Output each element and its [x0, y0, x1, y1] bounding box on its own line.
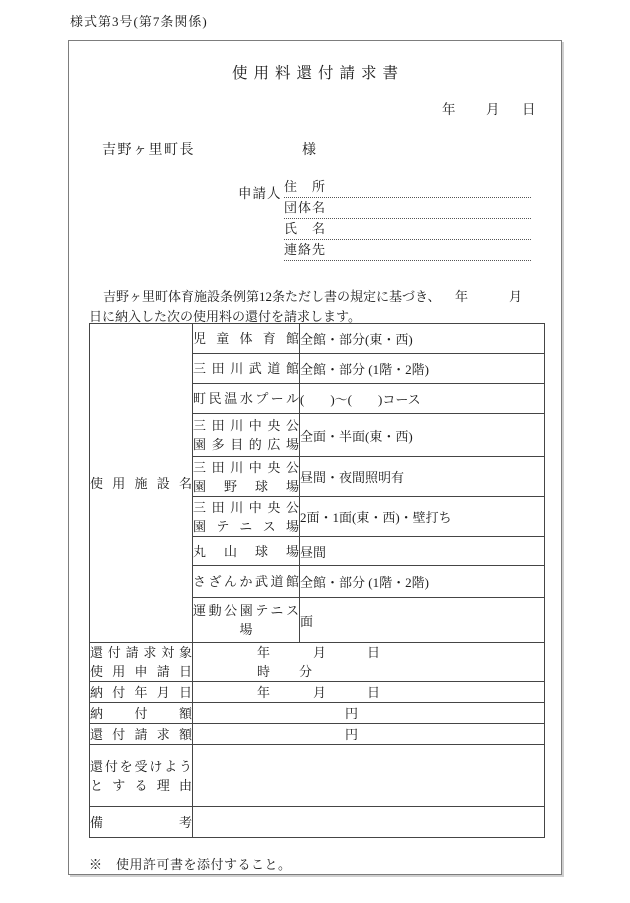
- detail-label-line: 納付額: [90, 704, 192, 723]
- header-date-line: 年 月 日: [69, 98, 561, 116]
- detail-value-cell: [193, 807, 545, 838]
- applicant-field-label: 団体名: [284, 200, 326, 215]
- facility-name-line: 園野球場: [193, 477, 299, 496]
- applicant-field-contact: 連絡先: [284, 240, 531, 261]
- facility-name-line: 園テニス場: [193, 517, 299, 536]
- time-token: 分: [299, 662, 312, 681]
- facility-name-cell: 三田川中央公園野球場: [193, 457, 300, 497]
- facility-options-cell: 全館・部分 (1階・2階): [300, 354, 545, 384]
- facility-name-line: さざんか武道館: [193, 572, 299, 591]
- applicant-field-organization: 団体名: [284, 198, 531, 219]
- detail-row: 還付請求対象使用申請日年月日時分: [90, 643, 545, 682]
- body-year-label: 年: [455, 287, 468, 307]
- header-month-label: 月: [486, 98, 500, 118]
- time-value-line: 時分: [193, 662, 544, 681]
- facility-options-cell: 2面・1面(東・西)・壁打ち: [300, 497, 545, 537]
- detail-row: 備考: [90, 807, 545, 838]
- facility-header-label: 使用施設名: [90, 474, 192, 493]
- applicant-label: 申請人: [238, 182, 282, 202]
- facility-options-cell: 全館・部分 (1階・2階): [300, 566, 545, 598]
- refund-request-form-page: 様式第3号(第7条関係) 使用料還付請求書 年 月 日 吉野ヶ里町長 様 申請人…: [0, 0, 630, 903]
- addressee-honorific: 様: [302, 139, 318, 159]
- applicant-field-name: 氏 名: [284, 219, 531, 240]
- date-value-line: 年月日: [193, 643, 544, 662]
- facility-name-line: 児童体育館: [193, 329, 299, 348]
- detail-label-line: 納付年月日: [90, 683, 192, 702]
- detail-label-line: 使用申請日: [90, 662, 192, 681]
- detail-value-cell: 年月日時分: [193, 643, 545, 682]
- facility-name-line: 三田川中央公: [193, 416, 299, 435]
- facility-name-line: 町民温水プール: [193, 389, 299, 408]
- applicant-field-label: 連絡先: [284, 242, 326, 257]
- facility-name-line: 場: [193, 620, 299, 639]
- detail-value-cell: [193, 745, 545, 807]
- detail-label-cell: 還付請求対象使用申請日: [90, 643, 193, 682]
- detail-label-line: 還付請求対象: [90, 643, 192, 662]
- header-year-label: 年: [442, 98, 456, 118]
- facility-name-cell: さざんか武道館: [193, 566, 300, 598]
- facility-header-cell: 使用施設名: [90, 324, 193, 643]
- addressee-line: 吉野ヶ里町長 様: [102, 139, 402, 157]
- body-line1-text: 吉野ヶ里町体育施設条例第12条ただし書の規定に基づき、: [103, 289, 440, 304]
- date-token: 月: [313, 683, 326, 702]
- detail-label-line: とする理由: [90, 776, 192, 795]
- detail-label-cell: 還付を受けようとする理由: [90, 745, 193, 807]
- facility-name-line: 三田川中央公: [193, 458, 299, 477]
- facility-name-line: 三田川武道館: [193, 359, 299, 378]
- facility-options-cell: 昼間: [300, 537, 545, 566]
- applicant-field-label: 住 所: [284, 179, 326, 194]
- form-table-body: 使用施設名児童体育館全館・部分(東・西)三田川武道館全館・部分 (1階・2階)町…: [90, 324, 545, 838]
- detail-label-cell: 還付請求額: [90, 724, 193, 745]
- detail-value-cell: 円: [193, 703, 545, 724]
- detail-row: 還付請求額円: [90, 724, 545, 745]
- footer-note: ※ 使用許可書を添付すること。: [89, 854, 292, 873]
- body-paragraph: 吉野ヶ里町体育施設条例第12条ただし書の規定に基づき、 年 月 日に納入した次の…: [89, 287, 567, 327]
- yen-token: 円: [345, 725, 358, 744]
- facility-name-line: 園多目的広場: [193, 435, 299, 454]
- detail-label-cell: 納付額: [90, 703, 193, 724]
- applicant-fields: 住 所 団体名 氏 名 連絡先: [284, 177, 531, 261]
- date-token: 年: [257, 643, 270, 662]
- detail-value-cell: 円: [193, 724, 545, 745]
- addressee-name: 吉野ヶ里町長: [102, 143, 195, 158]
- date-token: 月: [313, 643, 326, 662]
- facility-name-cell: 三田川中央公園多目的広場: [193, 414, 300, 457]
- facility-row: 使用施設名児童体育館全館・部分(東・西): [90, 324, 545, 354]
- facility-options-cell: ( )～( )コース: [300, 384, 545, 414]
- facility-name-cell: 丸山球場: [193, 537, 300, 566]
- detail-label-cell: 納付年月日: [90, 682, 193, 703]
- detail-row: 納付年月日年月日: [90, 682, 545, 703]
- form-table: 使用施設名児童体育館全館・部分(東・西)三田川武道館全館・部分 (1階・2階)町…: [89, 323, 545, 838]
- detail-row: 還付を受けようとする理由: [90, 745, 545, 807]
- facility-name-cell: 三田川中央公園テニス場: [193, 497, 300, 537]
- unit-value-line: 円: [193, 704, 544, 723]
- facility-name-line: 運動公園テニス: [193, 601, 299, 620]
- yen-token: 円: [345, 704, 358, 723]
- detail-label-cell: 備考: [90, 807, 193, 838]
- detail-label-line: 還付を受けよう: [90, 757, 192, 776]
- form-number: 様式第3号(第7条関係): [70, 11, 208, 30]
- facility-name-cell: 三田川武道館: [193, 354, 300, 384]
- facility-name-cell: 運動公園テニス場: [193, 598, 300, 643]
- date-token: 年: [257, 683, 270, 702]
- applicant-field-label: 氏 名: [284, 221, 326, 236]
- form-frame: 使用料還付請求書 年 月 日 吉野ヶ里町長 様 申請人 住 所 団体名 氏 名 …: [68, 40, 562, 875]
- facility-options-cell: 面: [300, 598, 545, 643]
- body-month-label: 月: [509, 287, 522, 307]
- date-token: 日: [367, 643, 380, 662]
- body-line1: 吉野ヶ里町体育施設条例第12条ただし書の規定に基づき、 年 月: [89, 287, 567, 307]
- unit-value-line: 円: [193, 725, 544, 744]
- applicant-field-address: 住 所: [284, 177, 531, 198]
- facility-options-cell: 全面・半面(東・西): [300, 414, 545, 457]
- facility-options-cell: 昼間・夜間照明有: [300, 457, 545, 497]
- time-token: 時: [257, 662, 270, 681]
- date-value-line: 年月日: [193, 683, 544, 702]
- facility-name-cell: 児童体育館: [193, 324, 300, 354]
- date-token: 日: [367, 683, 380, 702]
- facility-name-line: 三田川中央公: [193, 498, 299, 517]
- facility-options-cell: 全館・部分(東・西): [300, 324, 545, 354]
- header-day-label: 日: [522, 98, 536, 118]
- form-title: 使用料還付請求書: [69, 61, 561, 83]
- detail-label-line: 還付請求額: [90, 725, 192, 744]
- facility-name-cell: 町民温水プール: [193, 384, 300, 414]
- detail-label-line: 備考: [90, 813, 192, 832]
- detail-row: 納付額円: [90, 703, 545, 724]
- facility-name-line: 丸山球場: [193, 542, 299, 561]
- detail-value-cell: 年月日: [193, 682, 545, 703]
